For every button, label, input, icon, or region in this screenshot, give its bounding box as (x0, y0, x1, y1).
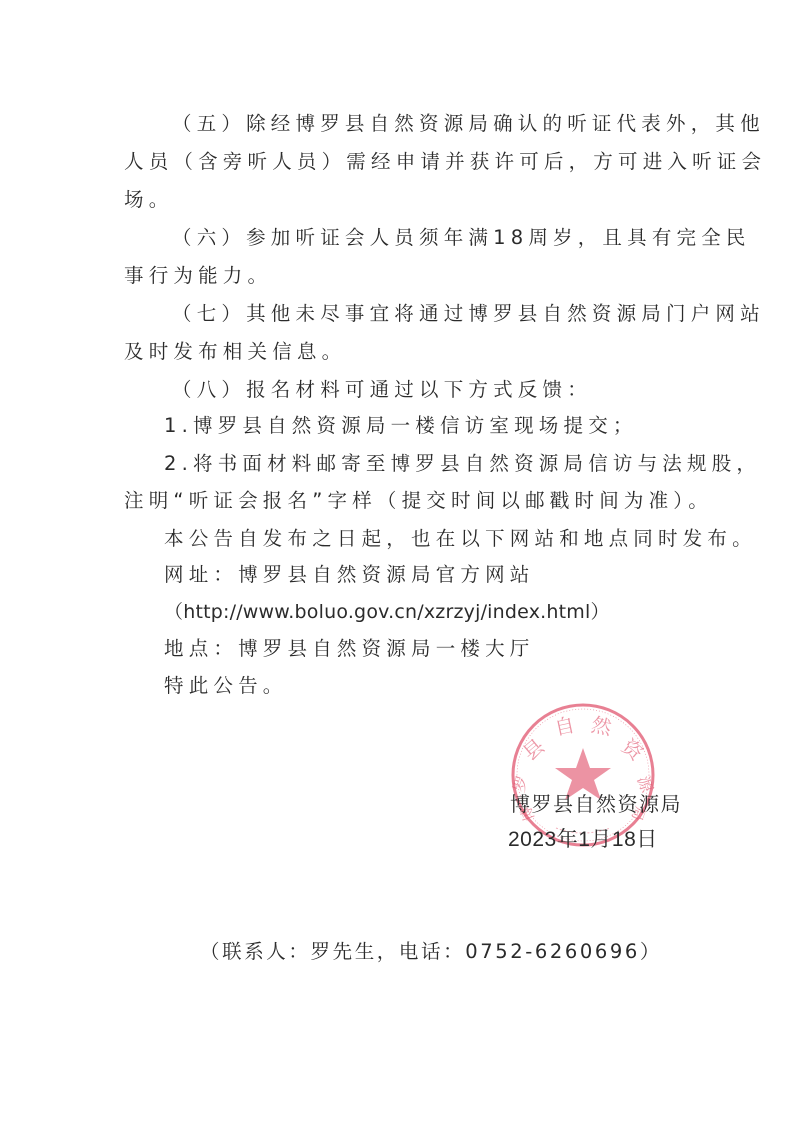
document-page: （五）除经博罗县自然资源局确认的听证代表外，其他 人员（含旁听人员）需经申请并获… (0, 0, 800, 1130)
paragraph-6-line-1: （六）参加听证会人员须年满18周岁，且具有完全民 (172, 226, 751, 250)
paragraph-8-item-2-line-1: 2.将书面材料邮寄至博罗县自然资源局信访与法规股， (164, 452, 761, 476)
paragraph-8-item-2-line-2: 注明“听证会报名”字样（提交时间以邮戳时间为准）。 (124, 489, 713, 513)
paragraph-8-item-1: 1.博罗县自然资源局一楼信访室现场提交； (164, 414, 638, 438)
paragraph-7-line-2: 及时发布相关信息。 (124, 340, 346, 364)
contact-info: （联系人：罗先生，电话：0752-6260696） (200, 936, 662, 964)
paragraph-5-line-1: （五）除经博罗县自然资源局确认的听证代表外，其他 (172, 112, 765, 136)
paragraph-8-line-1: （八）报名材料可通过以下方式反馈： (172, 378, 592, 402)
svg-text:自: 自 (552, 712, 577, 740)
paragraph-5-line-3: 场。 (124, 188, 173, 212)
issuer-signature: 博罗县自然资源局 (510, 792, 682, 816)
paragraph-7-line-1: （七）其他未尽事宜将通过博罗县自然资源局门户网站 (172, 302, 765, 326)
paragraph-5-line-2: 人员（含旁听人员）需经申请并获许可后，方可进入听证会 (124, 150, 766, 174)
location-line: 地点：博罗县自然资源局一楼大厅 (164, 637, 535, 661)
issue-date: 2023年1月18日 (508, 828, 658, 852)
website-label: 网址：博罗县自然资源局官方网站 (164, 563, 535, 587)
paragraph-6-line-2: 事行为能力。 (124, 264, 272, 288)
website-url: （http://www.boluo.gov.cn/xzrzyj/index.ht… (164, 600, 610, 624)
svg-text:然: 然 (589, 712, 615, 740)
publish-notice: 本公告自发布之日起，也在以下网站和地点同时发布。 (164, 527, 757, 551)
closing-line: 特此公告。 (164, 674, 288, 698)
